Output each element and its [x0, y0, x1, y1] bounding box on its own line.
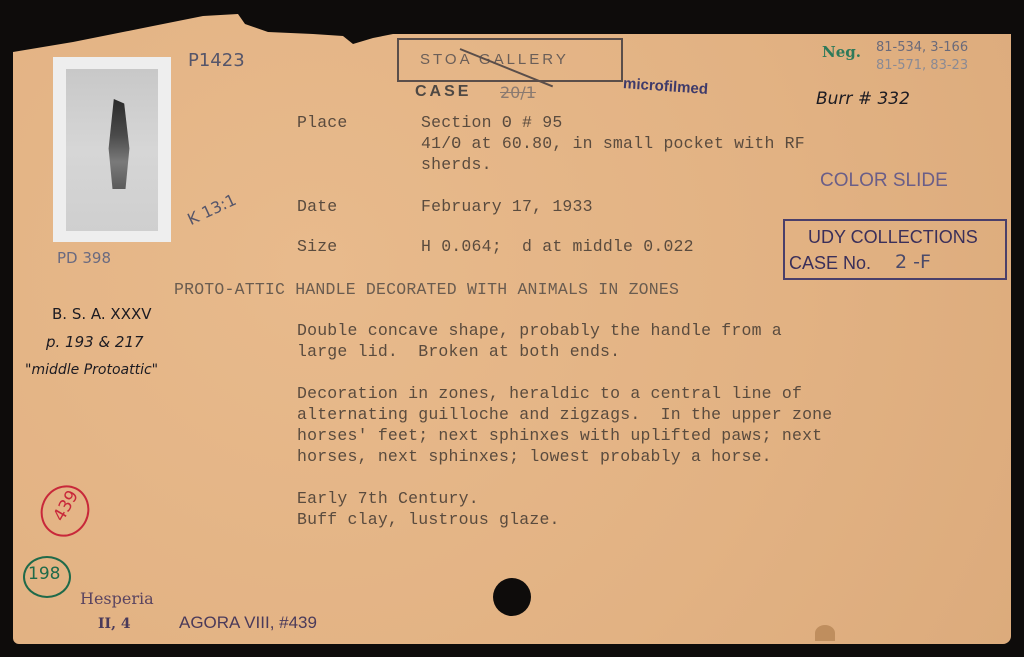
neg-value-1: 81-534, 3-166 [876, 40, 968, 55]
hesperia-label: Hesperia [80, 589, 154, 608]
artifact-photo [53, 57, 171, 242]
reference-line-1: B. S. A. XXXV [52, 305, 152, 323]
photo-print [66, 69, 158, 231]
description-line: alternating guilloche and zigzags. In th… [297, 404, 832, 425]
punch-hole [493, 578, 531, 616]
neg-label: Neg. [822, 43, 861, 61]
size-label: Size [297, 236, 337, 257]
description-line: Buff clay, lustrous glaze. [297, 509, 560, 530]
inventory-number: P1423 [188, 50, 245, 71]
hesperia-volume: II, 4 [98, 616, 131, 632]
stoa-gallery-label: STOA GALLERY [420, 51, 569, 68]
handle-fragment-image [106, 99, 132, 189]
description-line: horses' feet; next sphinxes with uplifte… [297, 425, 822, 446]
photo-negative-number: PD 398 [57, 249, 111, 267]
object-title: PROTO-ATTIC HANDLE DECORATED WITH ANIMAL… [174, 279, 679, 300]
description-line: horses, next sphinxes; lowest probably a… [297, 446, 772, 467]
reference-line-3: "middle Protoattic" [25, 362, 158, 378]
description-line: Decoration in zones, heraldic to a centr… [297, 383, 802, 404]
place-line-2: 41/Θ at 60.80, in small pocket with RF [421, 133, 805, 154]
case-number-value: 2 -F [895, 251, 931, 273]
neg-value-2: 81-571, 83-23 [876, 58, 968, 73]
stain-mark [815, 625, 835, 641]
place-line-3: sherds. [421, 154, 492, 175]
color-slide-stamp: COLOR SLIDE [820, 170, 948, 192]
case-label: CASE [415, 83, 471, 101]
green-circled-number: 198 [28, 564, 60, 584]
date-label: Date [297, 196, 337, 217]
agora-reference: AGORA VIII, #439 [179, 613, 317, 633]
description-line: Early 7th Century. [297, 488, 479, 509]
description-line: Double concave shape, probably the handl… [297, 320, 782, 341]
burr-number: Burr # 332 [816, 89, 910, 109]
place-label: Place [297, 112, 348, 133]
place-line-1: Section Θ # 95 [421, 112, 562, 133]
case-value: 20/1 [500, 83, 536, 102]
case-number-label: CASE No. [789, 253, 871, 274]
description-line: large lid. Broken at both ends. [297, 341, 620, 362]
size-value: H 0.064; d at middle 0.022 [421, 236, 694, 257]
study-collections-label: UDY COLLECTIONS [808, 227, 978, 248]
reference-line-2: p. 193 & 217 [46, 333, 144, 351]
date-value: February 17, 1933 [421, 196, 593, 217]
